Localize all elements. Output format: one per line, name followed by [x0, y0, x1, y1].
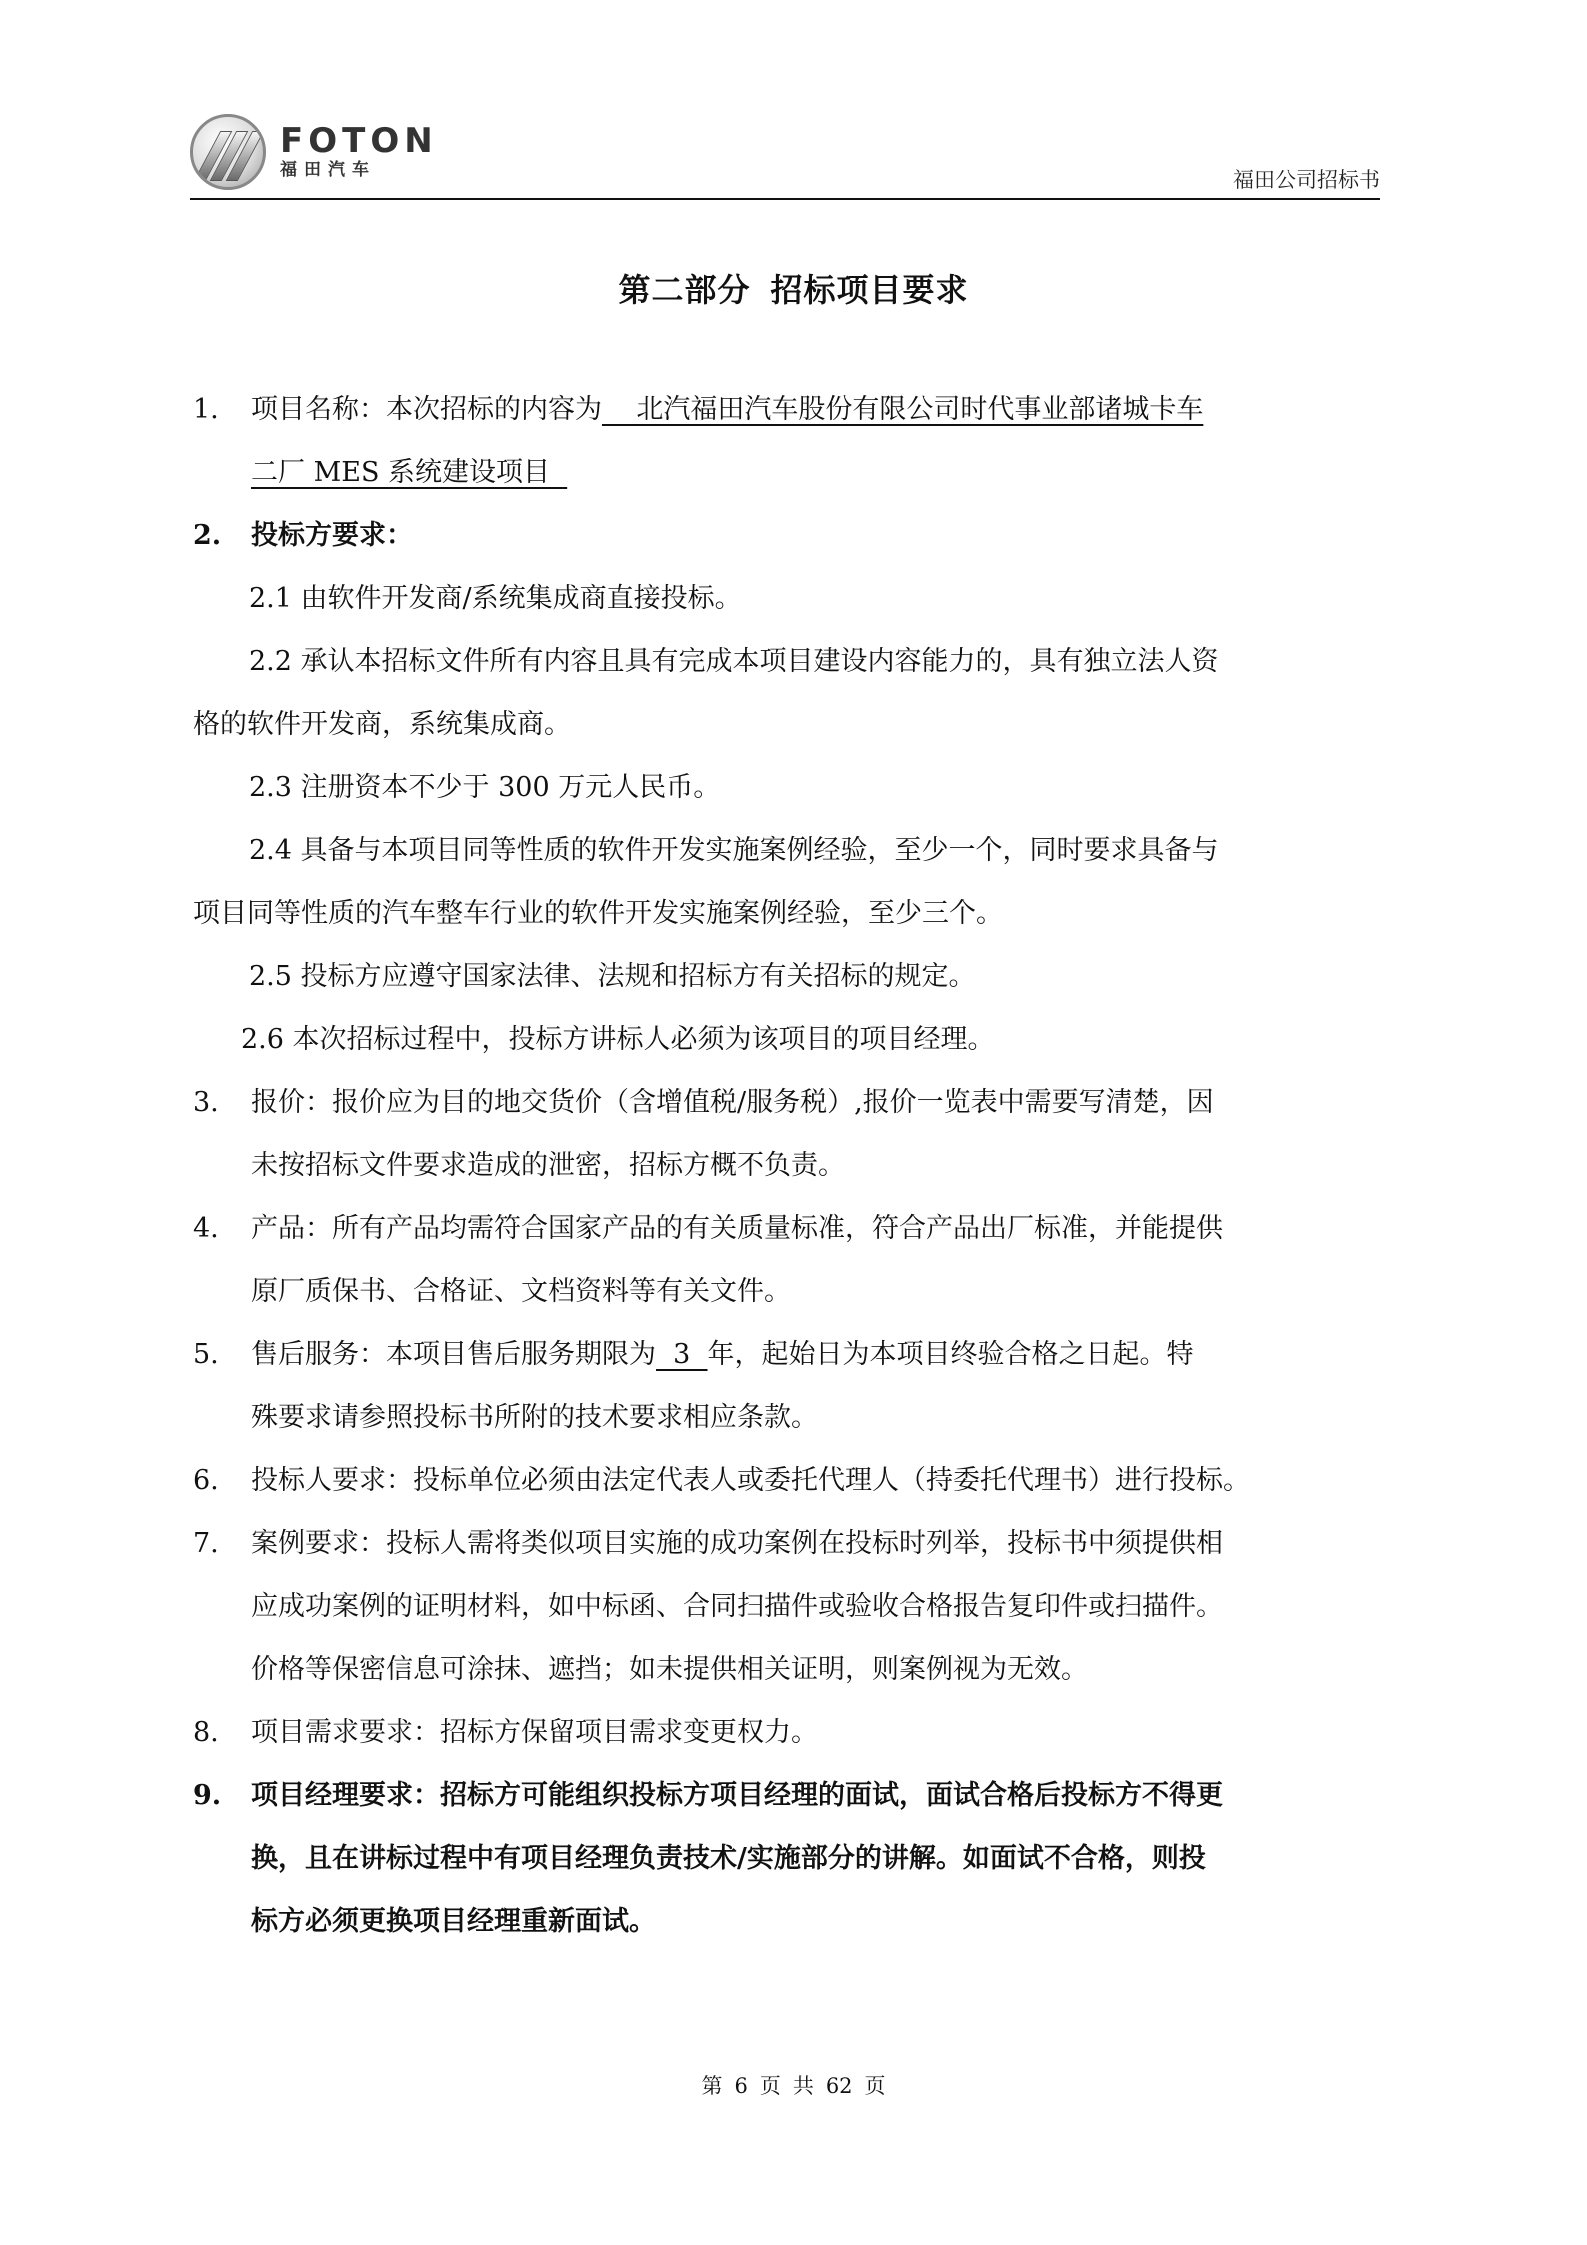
item-text: 报价：报价应为目的地交货价（含增值税/服务税）,报价一览表中需要写清楚，因: [251, 1087, 1214, 1118]
list-item-7-cont: 应成功案例的证明材料，如中标函、合同扫描件或验收合格报告复印件或扫描件。: [193, 1575, 1405, 1638]
sub-item-2-1: 2.1 由软件开发商/系统集成商直接投标。: [193, 567, 1405, 630]
total-pages: 62: [826, 2074, 853, 2098]
item-text: 案例要求：投标人需将类似项目实施的成功案例在投标时列举，投标书中须提供相: [251, 1528, 1223, 1559]
list-item-9-cont: 换，且在讲标过程中有项目经理负责技术/实施部分的讲解。如面试不合格，则投: [193, 1827, 1405, 1890]
list-item-4-cont: 原厂质保书、合格证、文档资料等有关文件。: [193, 1260, 1405, 1323]
list-item-4: 4.产品：所有产品均需符合国家产品的有关质量标准，符合产品出厂标准，并能提供: [193, 1197, 1405, 1260]
page-number: 6: [734, 2074, 747, 2098]
page-title: 第二部分招标项目要求: [0, 265, 1587, 311]
item-text: 投标人要求：投标单位必须由法定代表人或委托代理人（持委托代理书）进行投标。: [251, 1465, 1250, 1496]
project-name-value: 北汽福田汽车股份有限公司时代事业部诸城卡车: [602, 394, 1203, 425]
list-item-6: 6.投标人要求：投标单位必须由法定代表人或委托代理人（持委托代理书）进行投标。: [193, 1449, 1405, 1512]
logo-chinese-text: 福田汽车: [280, 160, 438, 180]
project-name-value-cont: 二厂 MES 系统建设项目: [251, 457, 567, 488]
footer-prefix: 第: [701, 2074, 722, 2098]
foton-emblem-icon: [190, 114, 266, 190]
list-item-2: 2.投标方要求：: [193, 504, 1405, 567]
logo-brand-text: FOTON: [280, 124, 438, 158]
list-item-3-cont: 未按招标文件要求造成的泄密，招标方概不负责。: [193, 1134, 1405, 1197]
list-item-5-cont: 殊要求请参照投标书所附的技术要求相应条款。: [193, 1386, 1405, 1449]
footer-suffix: 页: [865, 2074, 886, 2098]
item-number: 2.: [193, 504, 251, 567]
foton-logo: FOTON 福田汽车: [190, 110, 438, 194]
item-number: 7.: [193, 1512, 251, 1575]
title-part: 第二部分: [618, 271, 750, 309]
service-years-value: 3: [656, 1339, 708, 1370]
footer-page-word: 页: [760, 2074, 781, 2098]
list-item-7-cont2: 价格等保密信息可涂抹、遮挡；如未提供相关证明，则案例视为无效。: [193, 1638, 1405, 1701]
list-item-3: 3.报价：报价应为目的地交货价（含增值税/服务税）,报价一览表中需要写清楚，因: [193, 1071, 1405, 1134]
sub-item-2-5: 2.5 投标方应遵守国家法律、法规和招标方有关招标的规定。: [193, 945, 1405, 1008]
sub-item-2-3: 2.3 注册资本不少于 300 万元人民币。: [193, 756, 1405, 819]
item-number: 5.: [193, 1323, 251, 1386]
document-label: 福田公司招标书: [1233, 164, 1380, 194]
item-number: 4.: [193, 1197, 251, 1260]
sub-item-2-6: 2.6 本次招标过程中，投标方讲标人必须为该项目的项目经理。: [193, 1008, 1405, 1071]
requirements-list: 1.项目名称：本次招标的内容为 北汽福田汽车股份有限公司时代事业部诸城卡车 二厂…: [193, 378, 1405, 1953]
footer-total-word: 共: [793, 2074, 814, 2098]
item-number: 8.: [193, 1701, 251, 1764]
item-number: 6.: [193, 1449, 251, 1512]
title-name: 招标项目要求: [771, 271, 969, 309]
list-item-5: 5.售后服务：本项目售后服务期限为 3 年，起始日为本项目终验合格之日起。特: [193, 1323, 1405, 1386]
item-label: 项目名称：本次招标的内容为: [251, 394, 602, 425]
item-text-post: 年，起始日为本项目终验合格之日起。特: [708, 1339, 1194, 1370]
list-item-9: 9.项目经理要求：招标方可能组织投标方项目经理的面试，面试合格后投标方不得更: [193, 1764, 1405, 1827]
item-text: 项目经理要求：招标方可能组织投标方项目经理的面试，面试合格后投标方不得更: [251, 1780, 1223, 1811]
sub-item-2-2-cont: 格的软件开发商，系统集成商。: [193, 693, 1405, 756]
list-item-1: 1.项目名称：本次招标的内容为 北汽福田汽车股份有限公司时代事业部诸城卡车: [193, 378, 1405, 441]
item-text: 项目需求要求：招标方保留项目需求变更权力。: [251, 1717, 818, 1748]
page-footer: 第6页共62页: [0, 2070, 1587, 2100]
list-item-7: 7.案例要求：投标人需将类似项目实施的成功案例在投标时列举，投标书中须提供相: [193, 1512, 1405, 1575]
list-item-1-cont: 二厂 MES 系统建设项目: [193, 441, 1405, 504]
list-item-8: 8.项目需求要求：招标方保留项目需求变更权力。: [193, 1701, 1405, 1764]
sub-item-2-4: 2.4 具备与本项目同等性质的软件开发实施案例经验，至少一个，同时要求具备与: [193, 819, 1405, 882]
item-number: 3.: [193, 1071, 251, 1134]
item-label: 投标方要求：: [251, 520, 413, 551]
item-text: 售后服务：本项目售后服务期限为: [251, 1339, 656, 1370]
item-number: 1.: [193, 378, 251, 441]
item-text: 产品：所有产品均需符合国家产品的有关质量标准，符合产品出厂标准，并能提供: [251, 1213, 1223, 1244]
sub-item-2-2: 2.2 承认本招标文件所有内容且具有完成本项目建设内容能力的，具有独立法人资: [193, 630, 1405, 693]
page-header: FOTON 福田汽车 福田公司招标书: [190, 110, 1380, 200]
item-number: 9.: [193, 1764, 251, 1827]
list-item-9-cont2: 标方必须更换项目经理重新面试。: [193, 1890, 1405, 1953]
sub-item-2-4-cont: 项目同等性质的汽车整车行业的软件开发实施案例经验，至少三个。: [193, 882, 1405, 945]
